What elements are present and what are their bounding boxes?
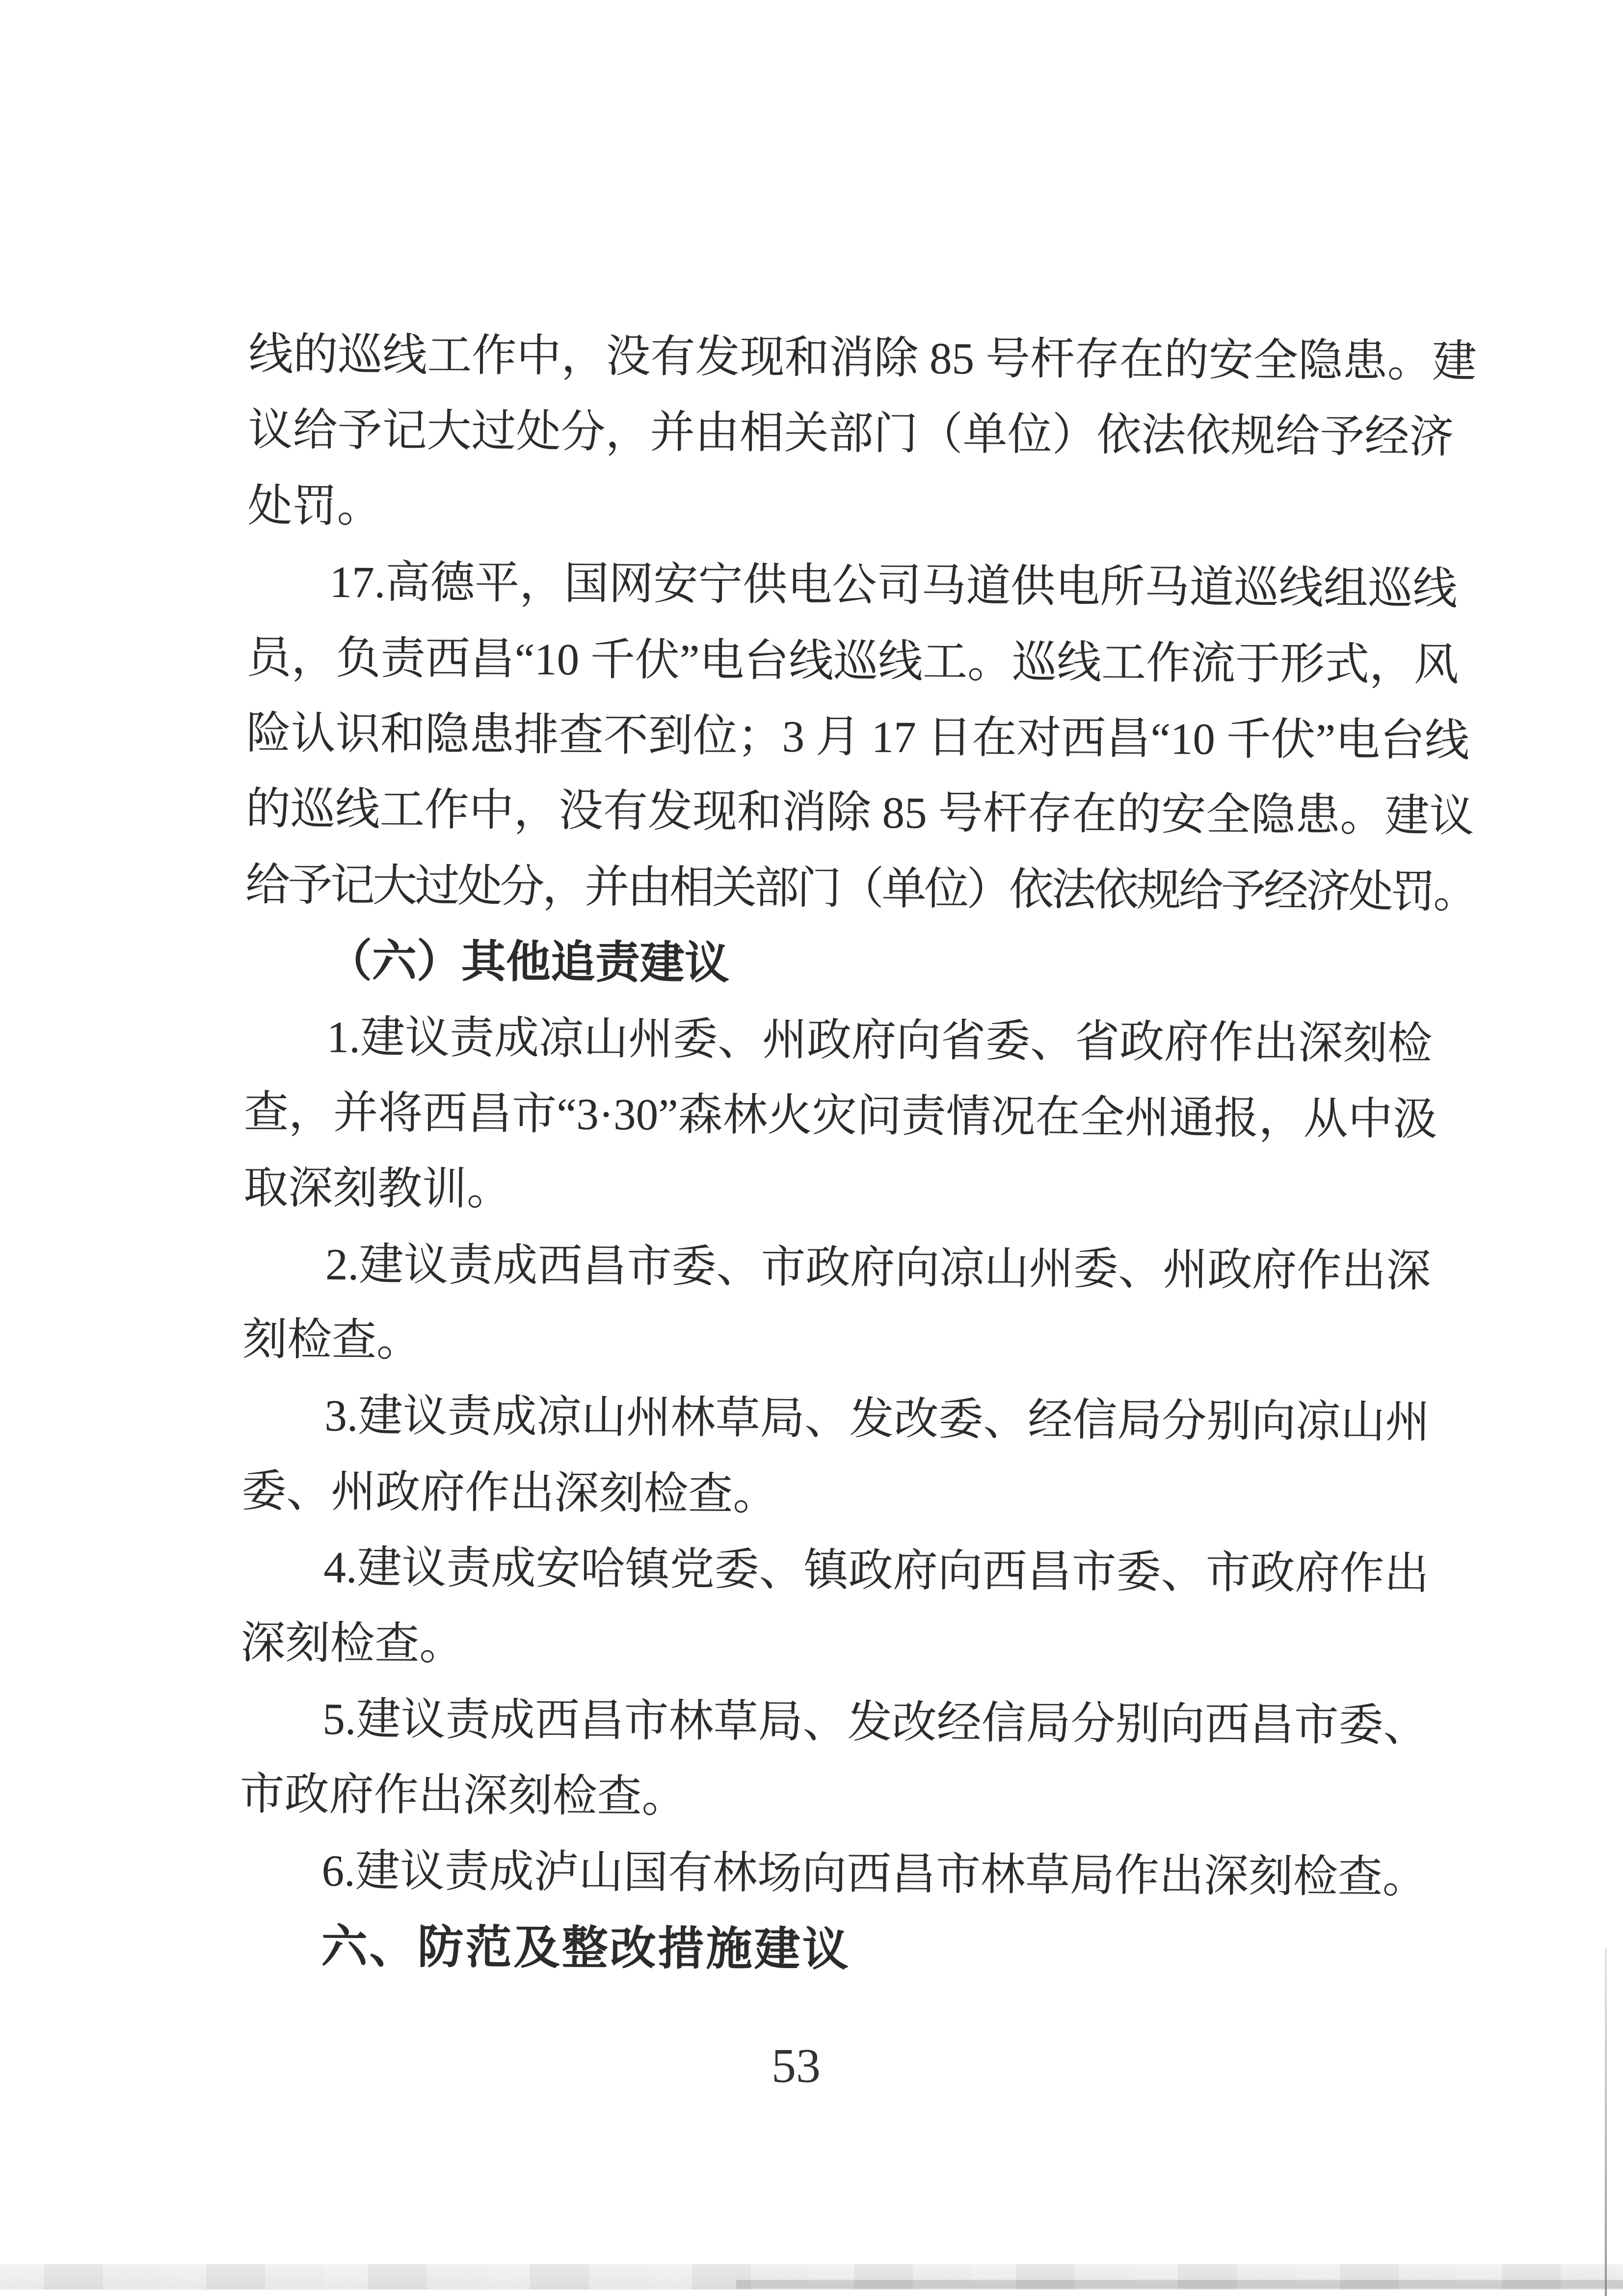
text-line: 的巡线工作中，没有发现和消除 85 号杆存在的安全隐患。建议 bbox=[245, 771, 1411, 854]
document-page: 线的巡线工作中，没有发现和消除 85 号杆存在的安全隐患。建 议给予记大过处分，… bbox=[0, 0, 1623, 2296]
text-line: 4.建议责成安哈镇党委、镇政府向西昌市委、市政府作出 bbox=[241, 1529, 1407, 1612]
text-line: 议给予记大过处分，并由相关部门（单位）依法依规给予经济 bbox=[248, 392, 1413, 475]
page-number: 53 bbox=[747, 2041, 845, 2090]
text-line: 给予记大过处分，并由相关部门（单位）依法依规给予经济处罚。 bbox=[245, 847, 1410, 930]
text-line: 员，负责西昌“10 千伏”电台线巡线工。巡线工作流于形式，风 bbox=[246, 620, 1412, 703]
text-line: 线的巡线工作中，没有发现和消除 85 号杆存在的安全隐患。建 bbox=[248, 317, 1414, 400]
text-line: 查，并将西昌市“3·30”森林火灾问责情况在全州通报，从中汲 bbox=[244, 1075, 1410, 1158]
scan-edge-line bbox=[1605, 1948, 1607, 2296]
scan-noise-band-dark bbox=[736, 2280, 1623, 2289]
text-line: 17.高德平，国网安宁供电公司马道供电所马道巡线组巡线 bbox=[247, 544, 1412, 627]
text-line: 处罚。 bbox=[247, 468, 1413, 551]
text-line: 2.建议责成西昌市委、市政府向凉山州委、州政府作出深 bbox=[243, 1226, 1409, 1309]
text-line: 取深刻教训。 bbox=[243, 1150, 1409, 1233]
text-line: 市政府作出深刻检查。 bbox=[239, 1756, 1405, 1839]
text-line: 刻检查。 bbox=[242, 1302, 1408, 1385]
text-line: 5.建议责成西昌市林草局、发改经信局分别向西昌市委、 bbox=[240, 1681, 1406, 1764]
document-text-block: 线的巡线工作中，没有发现和消除 85 号杆存在的安全隐患。建 议给予记大过处分，… bbox=[239, 317, 1414, 1991]
section-heading: 六、防范及整改措施建议 bbox=[239, 1908, 1404, 1991]
text-line: 深刻检查。 bbox=[240, 1605, 1406, 1688]
text-line: 委、州政府作出深刻检查。 bbox=[241, 1454, 1407, 1537]
subsection-heading: （六）其他追责建议 bbox=[245, 923, 1410, 1006]
text-line: 险认识和隐患排查不到位；3 月 17 日在对西昌“10 千伏”电台线 bbox=[246, 696, 1411, 779]
text-line: 3.建议责成凉山州林草局、发改委、经信局分别向凉山州 bbox=[242, 1378, 1408, 1460]
text-line: 6.建议责成泸山国有林场向西昌市林草局作出深刻检查。 bbox=[239, 1833, 1405, 1916]
text-line: 1.建议责成凉山州委、州政府向省委、省政府作出深刻检 bbox=[244, 999, 1410, 1081]
